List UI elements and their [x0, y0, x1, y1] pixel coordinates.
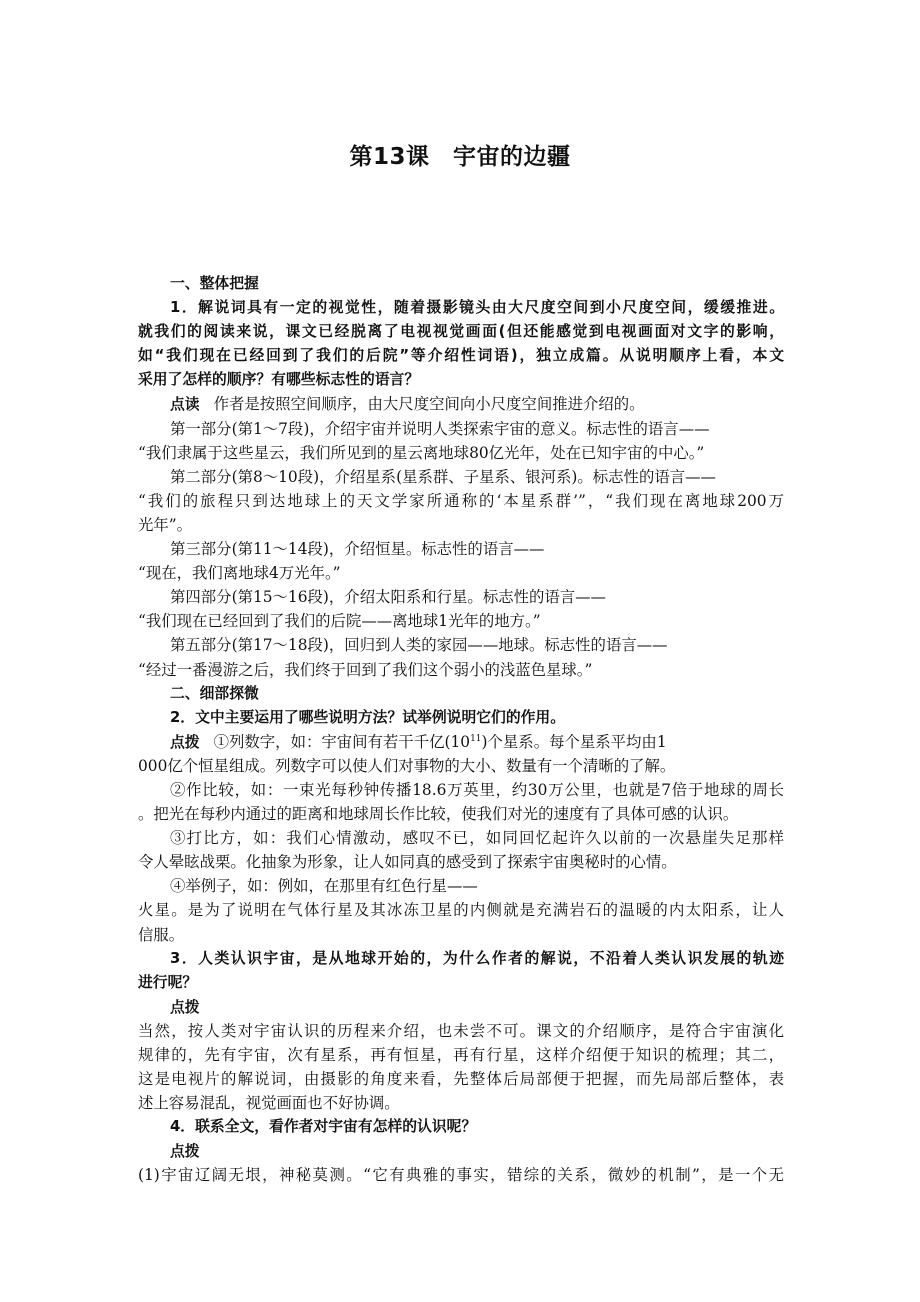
question-1-line: 采用了怎样的顺序？有哪些标志性的语言？: [138, 368, 784, 392]
part-3-intro: 第三部分(第11～14段)，介绍恒星。标志性的语言——: [138, 537, 784, 561]
answer-label: 点拨: [170, 999, 200, 1016]
document-body: 一、整体把握 1．解说词具有一定的视觉性，随着摄影镜头由大尺度空间到小尺度空间，…: [138, 272, 784, 1188]
answer-4-line: (1)宇宙辽阔无垠，神秘莫测。“它有典雅的事实，错综的关系，微妙的机制”，是一个…: [138, 1163, 784, 1187]
section-heading-details: 二、细部探微: [138, 682, 784, 706]
question-1-line: 1．解说词具有一定的视觉性，随着摄影镜头由大尺度空间到小尺度空间，缓缓推进。: [138, 296, 784, 320]
answer-3-line: 述上容易混乱，视觉画面也不好协调。: [138, 1091, 784, 1115]
answer-3-line: 当然，按人类对宇宙认识的历程来介绍，也未尝不可。课文的介绍顺序，是符合宇宙演化: [138, 1019, 784, 1043]
part-3-quote: “现在，我们离地球4万光年。”: [138, 561, 784, 585]
question-3-line: 3．人类认识宇宙，是从地球开始的，为什么作者的解说，不沿着人类认识发展的轨迹: [138, 947, 784, 971]
method-2-line: 。把光在每秒内通过的距离和地球周长作比较，使我们对光的速度有了具体可感的认识。: [138, 802, 784, 826]
method-4-line: ④举例子，如：例如，在那里有红色行星——: [138, 874, 784, 898]
exponent: 11: [470, 734, 481, 744]
method-1-text: )个星系。每个星系平均由1: [482, 733, 667, 751]
answer-3-label-line: 点拨: [138, 995, 784, 1019]
method-4-line: 信服。: [138, 923, 784, 947]
part-2-quote: 光年”。: [138, 513, 784, 537]
part-4-quote: “我们现在已经回到了我们的后院——离地球1光年的地方。”: [138, 609, 784, 633]
question-1-line: 就我们的阅读来说，课文已经脱离了电视视觉画面(但还能感觉到电视画面对文字的影响，: [138, 320, 784, 344]
answer-label: 点读: [170, 396, 200, 413]
method-4-line: 火星。是为了说明在气体行星及其冰冻卫星的内侧就是充满岩石的温暖的内太阳系，让人: [138, 898, 784, 922]
method-1-text: ①列数字，如：宇宙间有若干千亿(10: [214, 733, 470, 751]
question-3-line: 进行呢？: [138, 971, 784, 995]
section-heading-overall: 一、整体把握: [138, 272, 784, 296]
part-5-quote: “经过一番漫游之后，我们终于回到了我们这个弱小的浅蓝色星球。”: [138, 658, 784, 682]
part-1-quote: “我们隶属于这些星云，我们所见到的星云离地球80亿光年，处在已知宇宙的中心。”: [138, 441, 784, 465]
method-3-line: 令人晕眩战栗。化抽象为形象，让人如同真的感受到了探索宇宙奥秘时的心情。: [138, 850, 784, 874]
answer-label: 点拨: [170, 734, 200, 751]
question-1-line: 如“我们现在已经回到了我们的后院”等介绍性词语)，独立成篇。从说明顺序上看，本文: [138, 344, 784, 368]
answer-3-line: 规律的，先有宇宙，次有星系，再有恒星，再有行星，这样介绍便于知识的梳理；其二，: [138, 1043, 784, 1067]
page-title: 第13课 宇宙的边疆: [0, 140, 920, 174]
part-4-intro: 第四部分(第15～16段)，介绍太阳系和行星。标志性的语言——: [138, 585, 784, 609]
answer-4-label-line: 点拨: [138, 1139, 784, 1163]
answer-1-summary: 点读作者是按照空间顺序，由大尺度空间向小尺度空间推进介绍的。: [138, 392, 784, 416]
method-3-line: ③打比方，如：我们心情激动，感叹不已，如同回忆起许久以前的一次悬崖失足那样: [138, 826, 784, 850]
part-2-quote: “我们的旅程只到达地球上的天文学家所通称的‘本星系群’”，“我们现在离地球200…: [138, 489, 784, 513]
question-2: 2．文中主要运用了哪些说明方法？试举例说明它们的作用。: [138, 706, 784, 730]
part-5-intro: 第五部分(第17～18段)，回归到人类的家园——地球。标志性的语言——: [138, 633, 784, 657]
part-1-intro: 第一部分(第1～7段)，介绍宇宙并说明人类探索宇宙的意义。标志性的语言——: [138, 417, 784, 441]
answer-3-line: 这是电视片的解说词，由摄影的角度来看，先整体后局部便于把握，而先局部后整体，表: [138, 1067, 784, 1091]
answer-1-text: 作者是按照空间顺序，由大尺度空间向小尺度空间推进介绍的。: [214, 395, 645, 413]
method-2-line: ②作比较，如：一束光每秒钟传播18.6万英里，约30万公里，也就是7倍于地球的周…: [138, 778, 784, 802]
answer-2-method-1: 点拨①列数字，如：宇宙间有若干千亿(1011)个星系。每个星系平均由1: [138, 730, 784, 754]
method-1-continued: 000亿个恒星组成。列数字可以使人们对事物的大小、数量有一个清晰的了解。: [138, 754, 784, 778]
answer-label: 点拨: [170, 1143, 200, 1160]
part-2-intro: 第二部分(第8～10段)，介绍星系(星系群、子星系、银河系)。标志性的语言——: [138, 465, 784, 489]
question-4: 4．联系全文，看作者对宇宙有怎样的认识呢？: [138, 1115, 784, 1139]
